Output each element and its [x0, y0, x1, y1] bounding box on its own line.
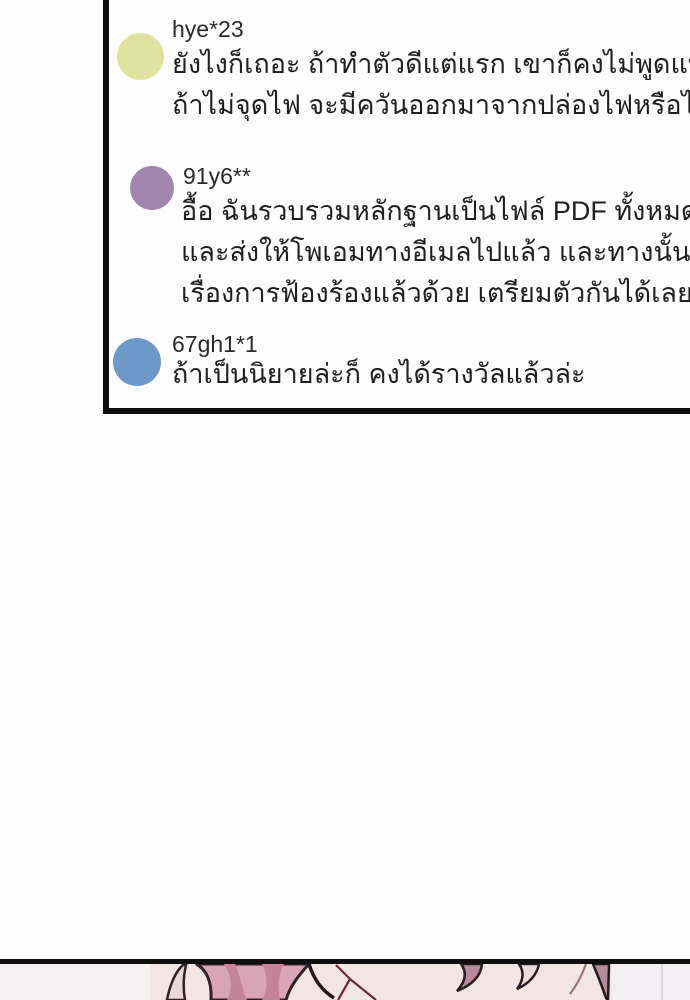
comment-text-line: ยังไงก็เถอะ ถ้าทำตัวดีแต่แรก เขาก็คงไม่พ… [172, 44, 690, 85]
head-edge-line [661, 964, 663, 1000]
comment-text: ยังไงก็เถอะ ถ้าทำตัวดีแต่แรก เขาก็คงไม่พ… [172, 44, 690, 126]
character-hair-artwork [0, 964, 690, 1000]
user-avatar [117, 33, 164, 80]
comment-username: 91y6** [183, 162, 251, 190]
comment-text-line: อื้อ ฉันรวบรวมหลักฐานเป็นไฟล์ PDF ทั้งหม… [181, 191, 690, 232]
user-avatar [130, 166, 174, 210]
comment-text: อื้อ ฉันรวบรวมหลักฐานเป็นไฟล์ PDF ทั้งหม… [181, 191, 690, 314]
user-avatar [113, 338, 161, 386]
webtoon-page: hye*23 ยังไงก็เถอะ ถ้าทำตัวดีแต่แรก เขาก… [0, 0, 690, 1000]
comment-username: hye*23 [172, 15, 244, 43]
comment-text: ถ้าเป็นนิยายล่ะก็ คงได้รางวัลแล้วล่ะ [172, 354, 586, 395]
comment-text-line: และส่งให้โพเอมทางอีเมลไปแล้ว และทางนั้นก… [181, 232, 690, 273]
panel-gutter [0, 414, 690, 959]
comment-text-line: ถ้าไม่จุดไฟ จะมีควันออกมาจากปล่องไฟหรือไ… [172, 85, 690, 126]
comment-text-line: เรื่องการฟ้องร้องแล้วด้วย เตรียมตัวกันได… [181, 273, 690, 314]
comment-panel: hye*23 ยังไงก็เถอะ ถ้าทำตัวดีแต่แรก เขาก… [103, 0, 690, 414]
comment-text-line: ถ้าเป็นนิยายล่ะก็ คงได้รางวัลแล้วล่ะ [172, 354, 586, 395]
next-panel-artwork [0, 959, 690, 1000]
art-background-right [612, 964, 690, 1000]
